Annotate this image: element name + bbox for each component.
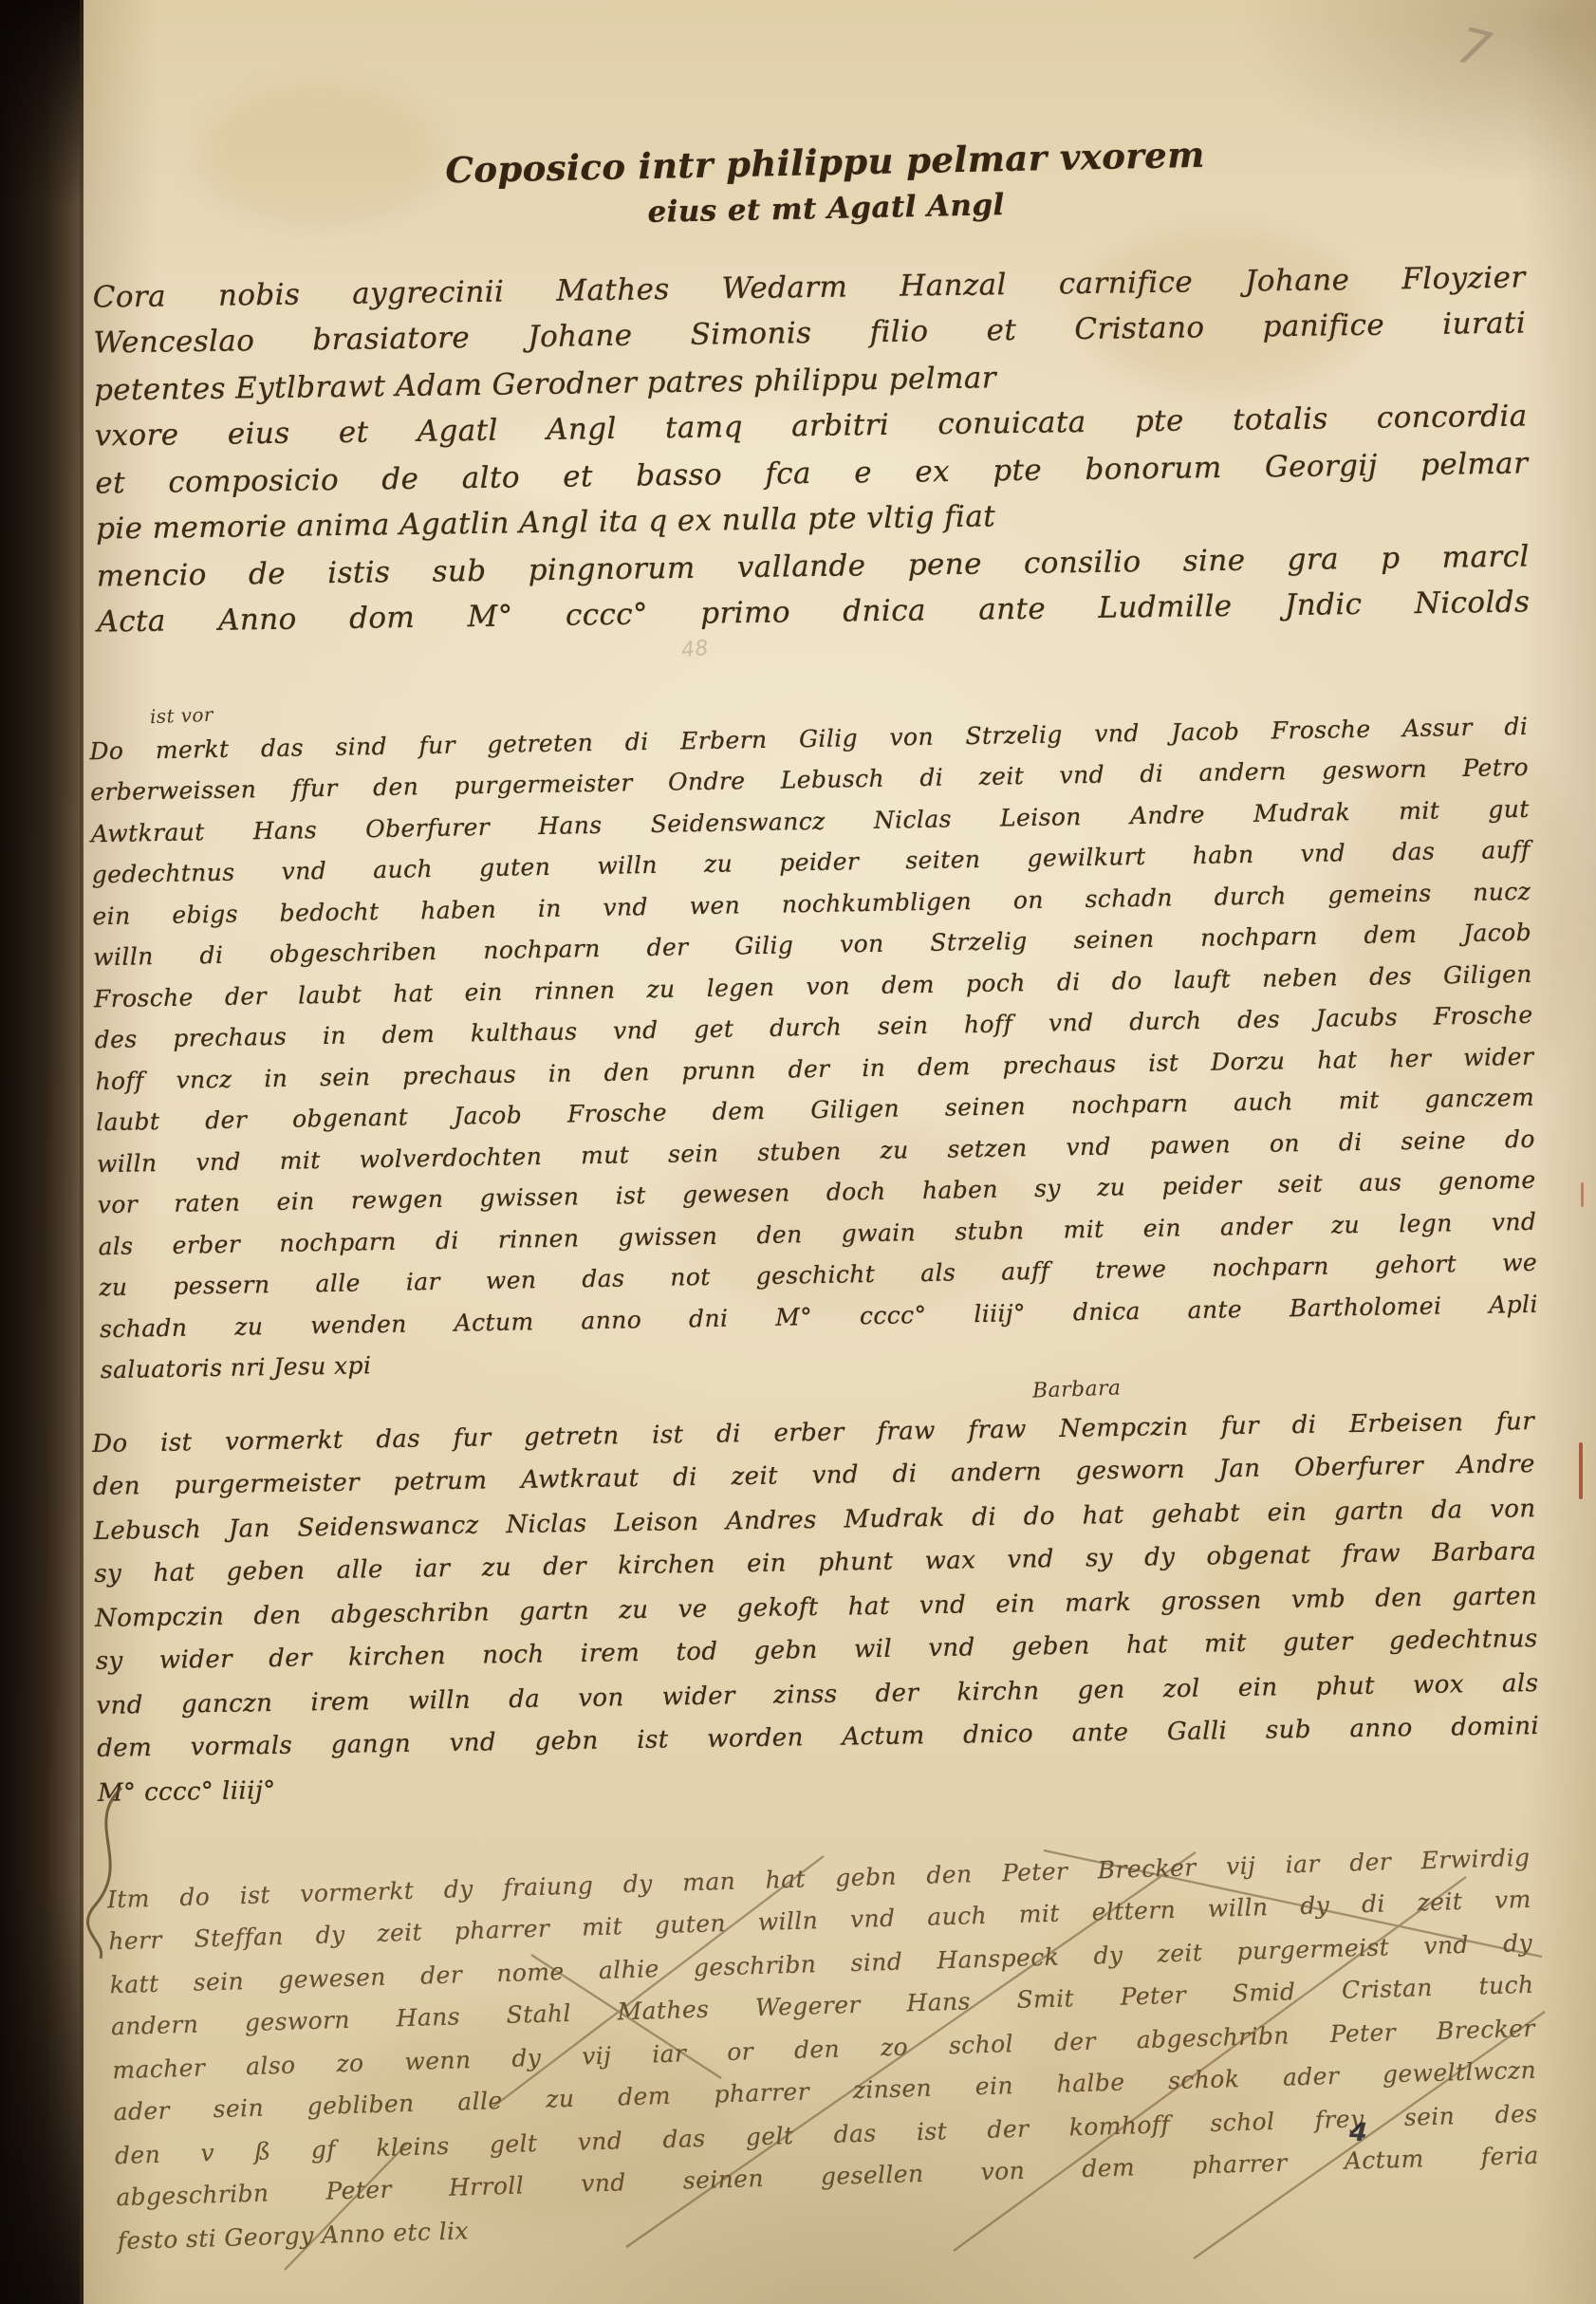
red-margin-mark [1579, 1442, 1583, 1499]
manuscript-page: 7 Coposico intr philippu pelmar vxorem e… [0, 0, 1596, 2304]
paragraph-german-cancelled-entry: Itm do ist vormerkt dy fraiung dy man ha… [106, 1835, 1540, 2261]
red-margin-mark-small [1581, 1182, 1584, 1207]
paragraph-latin-composition: Cora nobis aygrecinii Mathes Wedarm Hanz… [92, 253, 1530, 645]
interlinear-insertion-barbara: Barbara [1032, 1376, 1122, 1403]
paragraph-german-water-channel: Do merkt das sind fur getreten di Erbern… [89, 705, 1539, 1390]
paragraph-german-garden-bequest: Do ist vormerkt das fur getretn ist di e… [92, 1399, 1540, 1814]
archive-stamp-number: 4 [1348, 2118, 1368, 2148]
interlinear-insertion: ist vor [150, 703, 214, 728]
binding-edge [0, 0, 84, 2304]
foxing-stain [197, 85, 444, 228]
heading-block: Coposico intr philippu pelmar vxorem eiu… [417, 132, 1234, 234]
margin-note-pencil: 48 [680, 637, 710, 663]
